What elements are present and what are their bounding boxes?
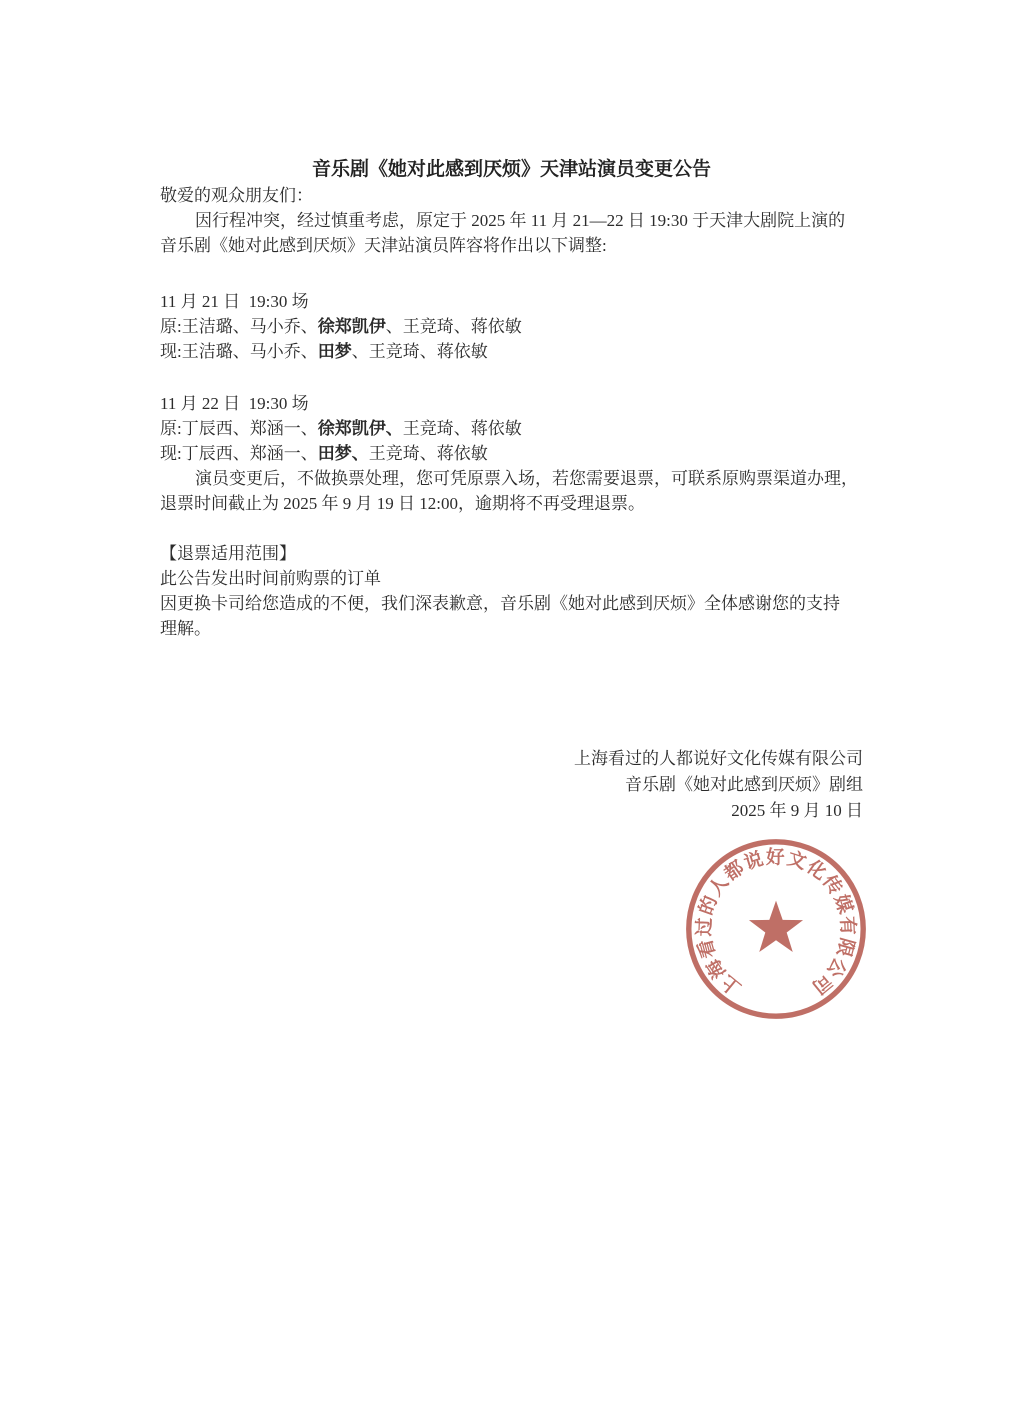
cast-name-bold: 徐郑凯伊 [318, 317, 386, 336]
signature-troupe: 音乐剧《她对此感到厌烦》剧组 [160, 772, 863, 798]
show-block-nov22: 11 月 22 日 19:30 场 原:丁辰西、郑涵一、徐郑凯伊、王竞琦、蒋依敏… [160, 391, 863, 466]
refund-scope-section: 【退票适用范围】 此公告发出时间前购票的订单 [160, 541, 863, 591]
cast-text: 原:王洁璐、马小乔、 [160, 317, 318, 336]
signature-company: 上海看过的人都说好文化传媒有限公司 [160, 746, 863, 772]
seal-star-icon [749, 901, 803, 952]
current-cast-line: 现:丁辰西、郑涵一、田梦、王竞琦、蒋依敏 [160, 441, 863, 466]
cast-text: 原:丁辰西、郑涵一、 [160, 419, 318, 438]
seal-ring-text: 上海看过的人都说好文化传媒有限公司 [693, 846, 859, 999]
refund-scope-title: 【退票适用范围】 [160, 541, 863, 566]
original-cast-line: 原:王洁璐、马小乔、徐郑凯伊、王竞琦、蒋依敏 [160, 314, 863, 339]
cast-text: 王竞琦、蒋依敏 [403, 419, 522, 438]
apology-paragraph: 因更换卡司给您造成的不便，我们深表歉意，音乐剧《她对此感到厌烦》全体感谢您的支持… [160, 591, 863, 641]
document-title: 音乐剧《她对此感到厌烦》天津站演员变更公告 [160, 157, 863, 183]
original-cast-line: 原:丁辰西、郑涵一、徐郑凯伊、王竞琦、蒋依敏 [160, 416, 863, 441]
refund-paragraph: 演员变更后，不做换票处理，您可凭原票入场，若您需要退票，可联系原购票渠道办理， … [160, 466, 863, 516]
company-seal-stamp: 上海看过的人都说好文化传媒有限公司 [678, 831, 874, 1027]
show-date: 11 月 22 日 19:30 场 [160, 391, 863, 416]
intro-paragraph: 因行程冲突，经过慎重考虑，原定于 2025 年 11 月 21—22 日 19:… [160, 208, 863, 258]
signature-date: 2025 年 9 月 10 日 [160, 798, 863, 824]
show-date: 11 月 21 日 19:30 场 [160, 289, 863, 314]
cast-text: 现:王洁璐、马小乔、 [160, 342, 318, 361]
cast-name-bold: 徐郑凯伊、 [318, 419, 403, 438]
current-cast-line: 现:王洁璐、马小乔、田梦、王竞琦、蒋依敏 [160, 339, 863, 364]
seal-ring [689, 842, 863, 1016]
announcement-page: 音乐剧《她对此感到厌烦》天津站演员变更公告 敬爱的观众朋友们： 因行程冲突，经过… [0, 0, 1015, 1424]
greeting: 敬爱的观众朋友们： [160, 183, 863, 208]
cast-text: 王竞琦、蒋依敏 [369, 444, 488, 463]
refund-scope-body: 此公告发出时间前购票的订单 [160, 566, 863, 591]
cast-name-bold: 田梦 [318, 342, 352, 361]
show-block-nov21: 11 月 21 日 19:30 场 原:王洁璐、马小乔、徐郑凯伊、王竞琦、蒋依敏… [160, 289, 863, 364]
cast-text: 、王竞琦、蒋依敏 [386, 317, 522, 336]
cast-text: 、王竞琦、蒋依敏 [352, 342, 488, 361]
signature-block: 上海看过的人都说好文化传媒有限公司 音乐剧《她对此感到厌烦》剧组 2025 年 … [160, 746, 863, 824]
cast-text: 现:丁辰西、郑涵一、 [160, 444, 318, 463]
cast-name-bold: 田梦、 [318, 444, 369, 463]
